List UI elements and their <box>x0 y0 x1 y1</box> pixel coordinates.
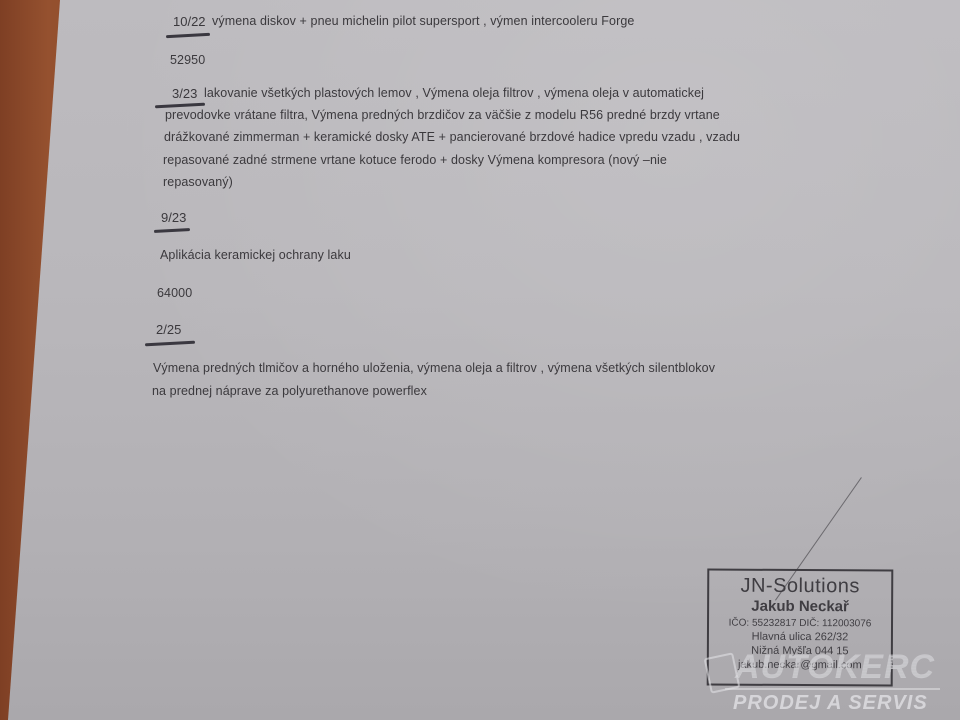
entry-date: 9/23 <box>161 210 186 225</box>
entry-text: Aplikácia keramickej ochrany laku <box>160 248 351 262</box>
entry-text: Výmena predných tlmičov a horného uložen… <box>153 361 715 375</box>
entry-amount: 52950 <box>170 53 205 67</box>
entry-date: 10/22 <box>173 14 206 29</box>
entry-text: repasovaný) <box>163 175 233 189</box>
entry-text: prevodovke vrátane filtra, Výmena predný… <box>165 108 720 122</box>
entry-text: lakovanie všetkých plastových lemov , Vý… <box>204 86 704 100</box>
watermark-tagline: PRODEJ A SERVIS <box>733 692 928 715</box>
entry-date: 3/23 <box>172 86 197 101</box>
entry-text: výmena diskov + pneu michelin pilot supe… <box>212 14 634 28</box>
entry-text: drážkované zimmerman + keramické dosky A… <box>164 130 740 144</box>
entry-amount: 64000 <box>157 286 192 300</box>
paper-sheet: 10/22 výmena diskov + pneu michelin pilo… <box>0 0 960 720</box>
entry-text: na prednej náprave za polyurethanove pow… <box>152 384 427 398</box>
date-underline <box>166 33 210 38</box>
watermark-divider <box>725 688 940 690</box>
entry-text: repasované zadné strmene vrtane kotuce f… <box>163 153 667 167</box>
entry-date: 2/25 <box>156 322 181 337</box>
watermark-brand: AUTOKERC <box>735 648 935 687</box>
date-underline <box>145 341 195 347</box>
date-underline <box>154 228 190 233</box>
